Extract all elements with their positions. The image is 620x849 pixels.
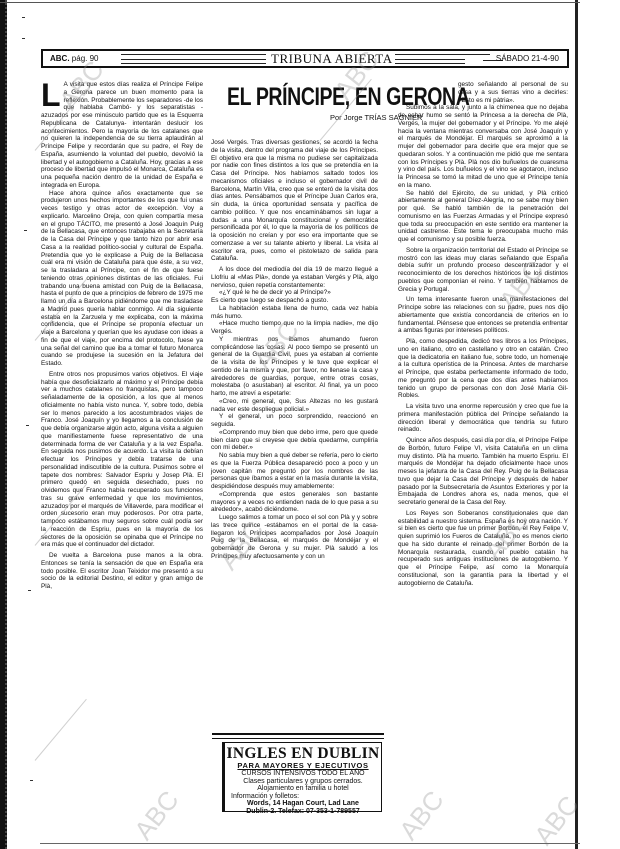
advertisement: INGLES EN DUBLIN PARA MAYORES Y EJECUTIV… [222,742,382,812]
header-rule [121,63,266,64]
scan-speck [30,780,33,781]
paragraph: Es cierto que luego se despachó a gusto. [211,297,378,305]
paragraph: Se habló del Ejército, de su unidad, y P… [398,190,568,244]
ad-subtitle: PARA MAYORES Y EJECUTIVOS [225,762,381,770]
drop-cap: L [41,82,61,108]
scan-speck [28,590,31,591]
paragraph: «¿Y qué le he de decir yo al Príncipe?» [211,289,378,297]
ad-line: Alojamiento en familia u hotel [225,785,381,793]
lead-paragraph: LA visita que estos días realiza el Prín… [41,81,203,190]
bottom-rule [40,843,580,844]
paragraph: Sobre la organización territorial del Es… [398,247,568,294]
paragraph: «Comprendo muy bien que debo irme, pero … [211,429,378,452]
scan-speck [26,425,29,426]
paragraph: Luego salimos a tomar un poco el sol con… [211,514,378,561]
ad-line: Clases particulares y grupos cerrados. [225,778,381,786]
article-column-1: LA visita que estos días realiza el Prín… [41,81,203,591]
page-number: pág. 90 [72,54,99,63]
lead-text: A visita que estos días realiza el Prínc… [41,81,203,189]
paragraph: Plà, como despedida, dedicó tres libros … [398,338,568,400]
ad-line: Información y folletos: [225,793,381,801]
watermark-logo: ABC [128,785,185,846]
ad-contact: Dublin-2. Telefax: 07-353-1-789557 [225,808,381,816]
paragraph: «Comprenda que estos generales son basta… [211,491,378,514]
header-rule [121,54,266,55]
paragraph: José Vergés. Tras diversas gestiones, se… [211,139,378,263]
watermark-logo: ABC [393,785,450,846]
header-rule [395,59,465,60]
header-rule [121,59,266,60]
top-rule [0,2,580,3]
paragraph: Hace ahora quince años exactamente que s… [41,190,203,368]
header-rule [395,63,465,64]
ad-top-rule [212,733,384,739]
paragraph: De vuelta a Barcelona puse manos a la ob… [41,552,203,591]
paragraph: gesto señalando al personal de su casa y… [458,81,568,104]
watermark-stroke [35,699,87,761]
ad-title: INGLES EN DUBLIN [225,746,381,762]
paragraph: Subimos a la sala, y junto a la chimenea… [398,104,568,189]
scan-edge-right [575,0,578,849]
header-rule [395,54,490,55]
paragraph: La habitación estaba llena de humo, cada… [211,305,378,321]
section-title: TRIBUNA ABIERTA [271,51,393,67]
paragraph: Y el general, un poco sorprendido, reacc… [211,413,378,429]
scan-speck [22,17,25,18]
page-label: ABC. pág. 90 [50,54,99,63]
article-headline: EL PRÍNCIPE, EN GERONA [227,80,383,114]
paragraph: «Hace mucho tiempo que no la limpia nadi… [211,320,378,336]
ad-address: Words, 14 Hagan Court, Lad Lane [225,800,381,808]
paper-name: ABC. [50,54,70,63]
scan-speck [24,230,27,231]
scan-speck [22,38,25,39]
scan-edge-left [0,0,7,849]
page-header: ABC. pág. 90 TRIBUNA ABIERTA SÁBADO 21-4… [41,49,569,68]
paragraph: La visita tuvo una enorme repercusión y … [398,403,568,434]
issue-date: SÁBADO 21-4-90 [496,54,559,63]
ad-line: CURSOS INTENSIVOS TODO EL AÑO [225,770,381,778]
article-column-3: gesto señalando al personal de su casa y… [398,81,568,587]
paragraph: Los Reyes son Soberanos constitucionales… [398,510,568,588]
paragraph: Y mientras nos íbamos ahumando fueron co… [211,336,378,398]
paragraph: Un tema interesante fueron unas manifest… [398,296,568,335]
paragraph: «Creo, mi general, que, Sus Altezas no l… [211,398,378,414]
article-column-2: José Vergés. Tras diversas gestiones, se… [211,139,378,561]
paragraph: A los doce del mediodía del día 19 de ma… [211,266,378,289]
paragraph: Quince años después, casi día por día, e… [398,437,568,507]
paragraph: No sabía muy bien a qué deber se refería… [211,452,378,491]
paragraph: Entre otros nos propusimos varios objeti… [41,371,203,549]
